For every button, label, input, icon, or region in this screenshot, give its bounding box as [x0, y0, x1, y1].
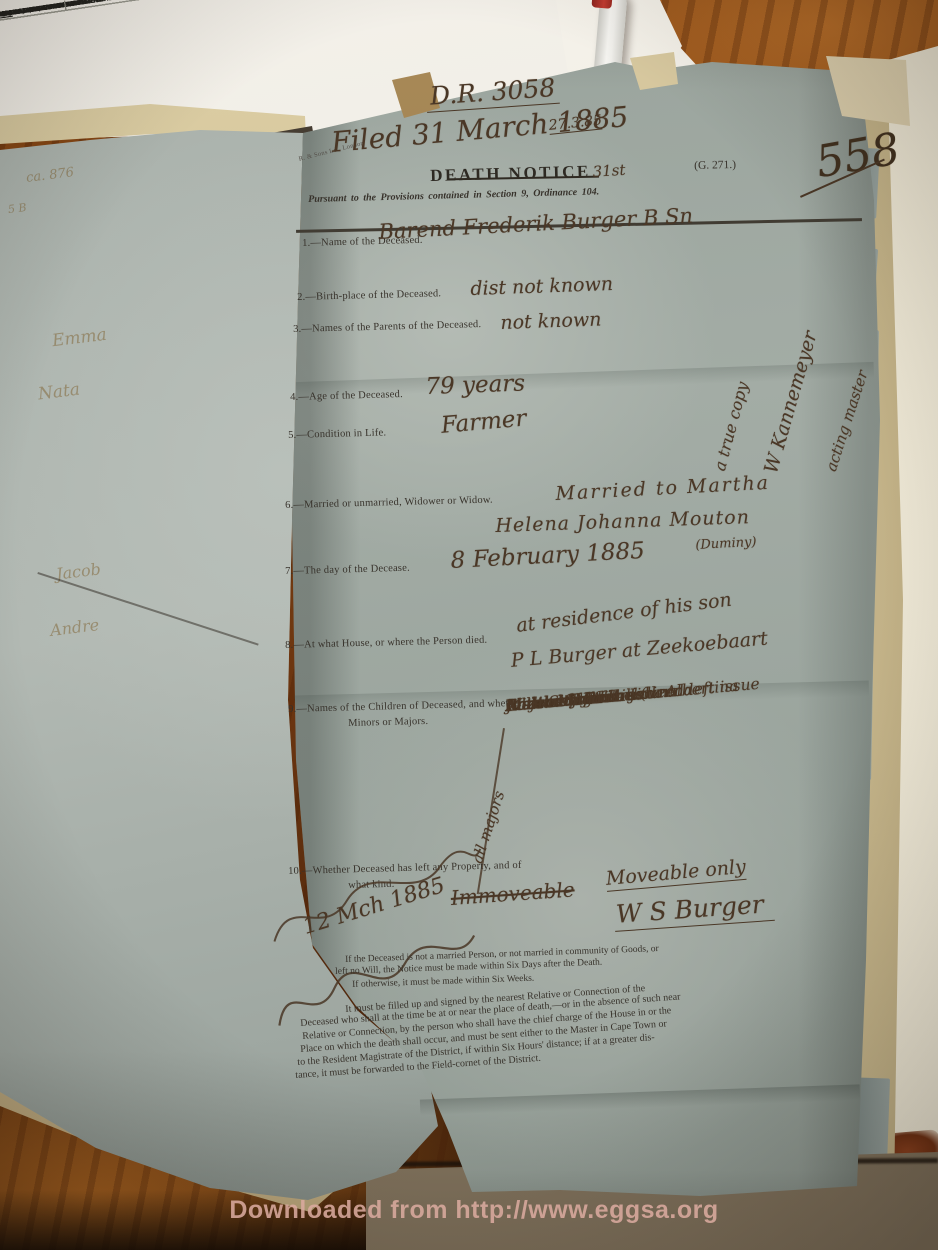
field-9-label-line2: Minors or Majors. [348, 716, 428, 729]
field-4-value: 79 years [425, 371, 526, 400]
field-6-value-line3: (Duminy) [695, 535, 757, 553]
ink-bleed-fragment: 5 B [7, 201, 27, 216]
index-cell [0, 1, 66, 24]
eggsa-watermark: Downloaded from http://www.eggsa.org [214, 1196, 734, 1225]
date-superscript-annotation: 31st [592, 161, 626, 181]
form-reference: (G. 271.) [694, 159, 736, 172]
archive-photo: MOOC69218558BU…1885MOOC69218590KELLERMAN… [0, 0, 938, 1250]
form-title: DEATH NOTICE [430, 162, 591, 186]
field-3-value: not known [500, 308, 602, 334]
